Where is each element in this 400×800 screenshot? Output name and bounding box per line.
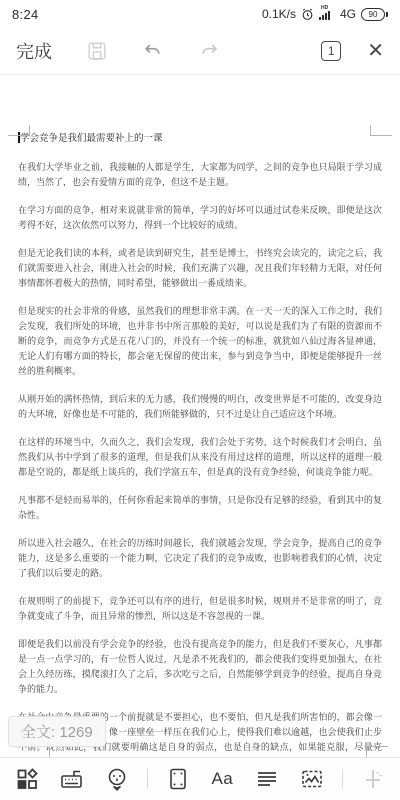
paragraph: 在学习方面的竞争，相对来说就非常的简单，学习的好坏可以通过试卷来反映，即便是这次… <box>18 203 382 233</box>
text-format-icon[interactable]: Aa <box>207 769 237 789</box>
battery-icon: 90 <box>361 8 388 21</box>
undo-icon[interactable] <box>142 40 164 62</box>
insert-image-icon[interactable] <box>297 767 327 791</box>
tune-insert-icon[interactable] <box>358 767 388 791</box>
frame-select-icon[interactable] <box>163 767 193 791</box>
page-corner-mark <box>28 746 50 757</box>
signal-bars-icon: HD <box>319 7 335 21</box>
network-speed: 0.1K/s <box>262 7 296 21</box>
page-corner-mark <box>370 125 392 136</box>
paragraph: 即便是我们以前没有学会竞争的经验，也没有提高竞争的能力，但是我们不要灰心，凡事都… <box>18 637 382 697</box>
keyboard-icon[interactable] <box>57 767 87 791</box>
document-title: 学会竞争是我们最需要补上的一课 <box>18 131 382 146</box>
word-count-badge: 全文: 1269 <box>8 716 106 747</box>
paragraph: 但是现实的社会非常的骨感，虽然我们的理想非常丰满。在一天一天的深入工作之时，我们… <box>18 304 382 379</box>
paragraph: 在规则明了的前提下，竞争还可以有序的进行，但是很多时候，规则并不是非常的明了，竞… <box>18 594 382 624</box>
format-toolbar: Aa <box>0 757 400 800</box>
paragraph: 但是无论我们读的本科，或者是读到研究生，甚至是博士，书终究会读完的，读完之后，我… <box>18 246 382 291</box>
document-body[interactable]: 学会竞争是我们最需要补上的一课 在我们大学毕业之前，我接触的人都是学生，大家都为… <box>0 75 400 757</box>
widgets-icon[interactable] <box>12 767 42 791</box>
close-icon[interactable]: ✕ <box>367 41 384 61</box>
paragraph: 从刚开始的满怀热情，到后来的无力感，我们慢慢的明白，改变世界是不可能的，改变身边… <box>18 392 382 422</box>
document-page[interactable]: 学会竞争是我们最需要补上的一课 在我们大学毕业之前，我接触的人都是学生，大家都为… <box>0 75 400 757</box>
emoji-face-icon[interactable] <box>102 767 132 791</box>
network-type-label: 4G <box>340 7 356 21</box>
paragraph: 在这样的环境当中，久而久之，我们会发现，我们会处于劣势，这个时候我们才会明白，虽… <box>18 435 382 480</box>
toolbar-divider <box>147 769 148 789</box>
save-icon[interactable] <box>86 40 108 62</box>
paragraph: 所以进入社会越久，在社会的历练时间越长，我们就越会发现，学会竞争，提高自己的竞争… <box>18 536 382 581</box>
editor-toolbar: 完成 1 ✕ <box>0 28 400 75</box>
alarm-clock-icon <box>301 8 314 21</box>
paragraph: 凡事都不是轻而易举的，任何你看起来简单的事情，只是你没有足够的经验，看到其中的复… <box>18 493 382 523</box>
page-corner-mark <box>8 125 30 136</box>
paragraph: 在我们大学毕业之前，我接触的人都是学生，大家都为同学，之间的竞争也只局限于学习成… <box>18 160 382 190</box>
toolbar-divider <box>342 769 343 789</box>
status-bar: 8:24 0.1K/s HD 4G 90 <box>0 0 400 28</box>
battery-level: 90 <box>361 8 385 21</box>
page-corner-mark <box>366 746 388 757</box>
clock-time: 8:24 <box>12 7 39 22</box>
redo-icon[interactable] <box>198 40 220 62</box>
done-button[interactable]: 完成 <box>16 38 52 64</box>
paragraph-align-icon[interactable] <box>252 767 282 791</box>
page-indicator[interactable]: 1 <box>321 41 341 61</box>
